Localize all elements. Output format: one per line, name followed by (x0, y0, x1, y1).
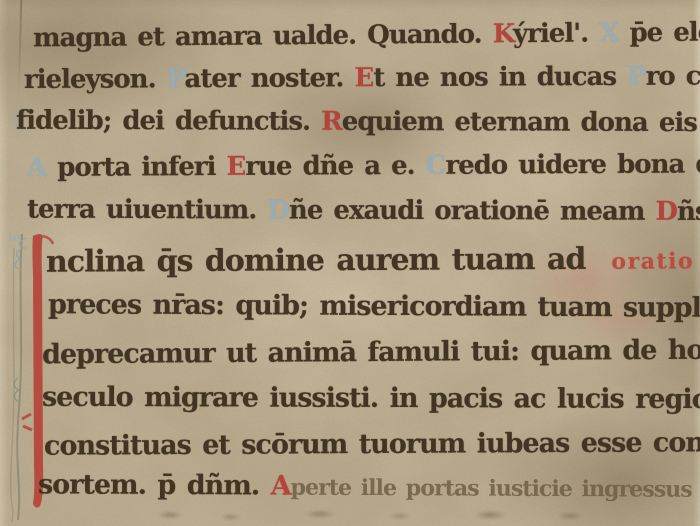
text-segment: deprecamur ut animā famuli tui: quam de… (42, 335, 700, 371)
cutoff-line-remnant (140, 507, 610, 523)
text-segment: E (226, 152, 245, 182)
text-line-10: constituas et scōrum tuorum iubeas esse… (44, 427, 700, 461)
text-line-2: rieleyson. Pater noster. Et ne nos in du… (24, 61, 700, 95)
text-segment: ro cunctis (646, 61, 700, 92)
text-segment: ñs uobiscū (677, 197, 700, 228)
text-segment: X (599, 18, 618, 48)
text-segment: C (426, 151, 446, 181)
text-segment: preces nr̄as: quib; misericordiam tuam s… (48, 289, 700, 324)
text-line-7: preces nr̄as: quib; misericordiam tuam s… (48, 289, 700, 324)
text-line-5: terra uiuentium. Dñe exaudi orationē me… (27, 195, 700, 228)
text-segment: A (271, 471, 291, 502)
text-segment: redo uidere bona dñi (445, 149, 700, 181)
text-segment: ýriel'. (513, 18, 599, 49)
text-segment: ñe exaudi orationē meam (289, 196, 656, 227)
text-line-4: A porta inferi Erue dñe a e. Credo uider… (27, 149, 700, 183)
text-line-6: nclina q̄s domine aurem tuam adoratio (46, 241, 694, 279)
text-segment: D (655, 197, 677, 227)
text-segment: A (27, 153, 57, 183)
text-segment: perte ille portas iusticie ingressus (291, 475, 692, 503)
penwork-flourish (17, 234, 22, 520)
text-segment: E (354, 63, 373, 93)
text-line-1: magna et amara ualde. Quando. Kýriel'. X… (33, 17, 700, 54)
text-segment: terra uiuentium. (27, 195, 267, 226)
text-segment: P (167, 64, 185, 94)
text-segment: nclina q̄s domine aurem tuam ad (46, 242, 586, 280)
text-segment: D (267, 195, 289, 225)
text-segment: p̄e eleyson (618, 17, 700, 48)
rubric-oratio: oratio (611, 248, 694, 274)
text-line-9: seculo migrare iussisti. in pacis ac luc… (42, 382, 700, 415)
text-line-3: fidelib; dei defunctis. Requiem eternam … (16, 106, 700, 139)
text-segment: constituas et scōrum tuorum iubeas esse… (44, 427, 700, 461)
text-segment: fidelib; dei defunctis. (16, 106, 321, 137)
text-segment: equiem eternam dona eis dñe (342, 107, 700, 138)
text-segment: seculo migrare iussisti. in pacis ac luc… (42, 382, 700, 415)
text-segment: rue dñe a e. (245, 151, 426, 182)
text-segment: P (627, 62, 646, 92)
manuscript-page: io magna et amara ualde. Quando. Kýriel'… (0, 0, 700, 526)
margin-note: io (7, 229, 21, 245)
text-segment: ater noster. (184, 63, 354, 94)
text-line-8: deprecamur ut animā famuli tui: quam de… (42, 335, 700, 371)
parchment-crease (18, 0, 22, 95)
text-segment: K (493, 19, 514, 49)
text-segment: t ne nos in ducas (373, 62, 627, 93)
text-segment: porta inferi (57, 152, 226, 183)
text-line-11: sortem. p̄ dñm. Aperte ille portas iusti… (38, 469, 692, 503)
text-segment: R (321, 107, 342, 137)
text-segment: sortem. p̄ dñm. (38, 469, 271, 501)
text-segment: magna et amara ualde. Quando. (33, 19, 493, 53)
text-segment: rieleyson. (24, 64, 167, 95)
